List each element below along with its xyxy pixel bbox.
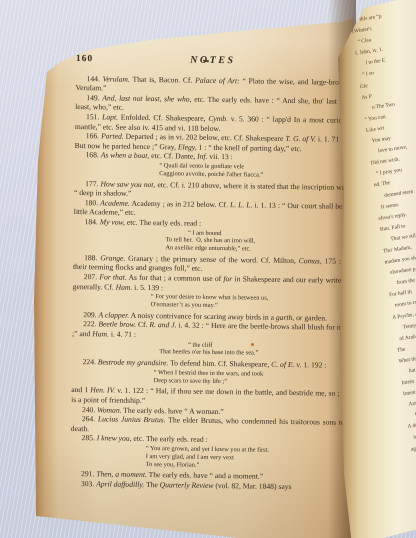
verse-quote-lines: “ Quali dal vento le gonfiate veleCaggio… [159, 162, 263, 179]
note-text: i. 5. 139 : [132, 282, 163, 291]
verse-quote: “ I am boundTo tell her. O, she has an i… [73, 227, 347, 254]
note-text: etc. The early eds. read : [131, 434, 207, 444]
page-title: NOTES [136, 55, 290, 67]
quote-line: To see you, Florian.” [146, 461, 269, 471]
note-text: i. 4. 71 : [109, 330, 136, 339]
facing-page-fragments: dils are “p(Winter's“ Cleaf. John, iv. 1… [350, 1, 416, 500]
note-text: 188. [84, 253, 100, 262]
note-text: April daffodilly. [96, 479, 144, 489]
note-text: 240. [82, 405, 97, 414]
facing-page-curl: dils are “p(Winter's“ Cleaf. John, iv. 1… [338, 0, 416, 538]
verse-quote: “ When I bestrid thee in the wars, and t… [71, 368, 345, 387]
page-header: 160 NOTES [76, 50, 350, 68]
note-text: 151. [86, 112, 102, 121]
verse-quote: “ the cliffThat beetles o'er his base in… [72, 340, 346, 359]
note-text: T. G. of V. [285, 134, 316, 143]
stain-speck [251, 343, 254, 346]
note-text: garth, [276, 313, 294, 322]
note-text: Elegy, [178, 142, 197, 151]
quote-line: That beetles o'er his base into the sea.… [159, 349, 258, 358]
quote-line: O'ermaster 't as you may.” [151, 301, 269, 310]
note-text: (vol. 82, Mar. 1848) says [213, 481, 291, 491]
note-text: And, last not least, she who, [102, 93, 191, 103]
note-text: Cymb. [208, 114, 228, 123]
note-text: 177. [85, 179, 100, 188]
note-text: Bestrode my grandsire. [98, 358, 169, 368]
note-text: v. 1. 192 : [294, 360, 326, 369]
quote-line: Deep scars to save thy life ;” [154, 377, 264, 386]
note-text: Academy ; as in 212 below. Cf. [130, 198, 230, 208]
note-text: Verulam. [103, 74, 130, 83]
note-text: Parted. [101, 132, 124, 141]
note-text: L. L. L. [230, 200, 253, 209]
page-number: 160 [76, 55, 136, 65]
note-text: I knew you, [97, 434, 132, 443]
note-text: Cf. [136, 320, 150, 329]
note-text: Lapt. [102, 112, 118, 121]
note-text: As when a boat, [101, 151, 150, 161]
note-text: Quarterly Review [160, 480, 214, 490]
note-text: Enfolded. Cf. Shakespeare, [118, 113, 208, 123]
note-text: 180. [85, 198, 100, 207]
note-text: That is, Bacon. Cf. [130, 74, 195, 84]
verse-quote-lines: “ the cliffThat beetles o'er his base in… [159, 341, 258, 358]
note-text: To defend him. Cf. Shakespeare, [168, 359, 271, 369]
verse-quote: “ You are grown, and yet I knew you at t… [70, 444, 344, 471]
note-text: etc. Cf. Dante, [149, 151, 197, 161]
note-text: 285. [82, 434, 97, 443]
notes-list: 144. Verulam. That is, Bacon. Cf. Palace… [70, 74, 350, 493]
verse-quote: “ For your desire to know what is betwee… [72, 292, 346, 311]
note-text: Academe. [100, 198, 130, 207]
verse-quote-lines: “ You are grown, and yet I knew you at t… [146, 445, 269, 470]
verse-quote-lines: “ For your desire to know what is betwee… [151, 293, 269, 310]
quote-line: Caggiono avvolte, poichè l'alber fiacca.… [159, 170, 263, 179]
verse-quote-lines: “ When I bestrid thee in the wars, and t… [154, 369, 264, 386]
note-text: 184. [85, 217, 100, 226]
note-text: The [144, 480, 160, 489]
note-text: My vow, [100, 217, 125, 226]
note-text: 149. [86, 93, 102, 102]
quote-line: An axelike edge unturnable,” etc. [165, 244, 255, 253]
note-text: R. and J. [149, 321, 176, 330]
note-text: etc. The early eds. read : [125, 218, 201, 228]
note-item: 222. Beetle brow. Cf. R. and J. i. 4. 32… [72, 319, 346, 342]
note-text: 166. [86, 131, 101, 140]
book-page: 160 NOTES 144. Verulam. That is, Bacon. … [30, 16, 358, 538]
note-text: 168. [85, 150, 100, 159]
book-photo: 160 NOTES 144. Verulam. That is, Bacon. … [0, 0, 416, 538]
note-text: Ham. [116, 282, 133, 291]
note-text: vii. 13 : [207, 152, 232, 161]
note-text: 264. [82, 414, 98, 423]
note-text: Ham. [92, 329, 109, 338]
note-text: 291. [81, 469, 96, 478]
note-text: 144. [87, 74, 103, 83]
verse-quote: “ Quali dal vento le gonfiate veleCaggio… [74, 161, 348, 180]
note-text: Inf. [197, 152, 207, 161]
note-text: or garden. [294, 313, 327, 322]
note-text: 303. [81, 479, 96, 488]
note-text: Lucius Junius Brutus. [98, 415, 166, 425]
note-item: 207. For that. As for that ; a common us… [73, 272, 347, 295]
note-text: Beetle brow. [98, 320, 136, 330]
verse-quote-lines: “ I am boundTo tell her. O, she has an i… [165, 229, 255, 254]
note-text: C. of E. [271, 360, 294, 369]
note-text: 224. [83, 357, 98, 366]
note-text: Palace of Art: [195, 75, 240, 85]
note-text: 209. [83, 310, 98, 319]
note-text: Then, a moment. [96, 470, 147, 480]
note-text: 207. [84, 272, 100, 281]
note-text: How saw you not, [100, 179, 155, 189]
note-text: For that. [99, 272, 126, 281]
note-text: As for that ; a common use of [127, 273, 224, 283]
note-text: 222. [83, 320, 98, 329]
note-text: Hen. IV. [90, 386, 115, 395]
note-text: and 1 [71, 385, 90, 394]
note-text: Woman. [97, 405, 122, 414]
note-text: Comus, [299, 256, 322, 265]
page-text-block: 160 NOTES 144. Verulam. That is, Bacon. … [70, 50, 350, 492]
note-text: A clapper. [98, 310, 129, 319]
note-text: Grange. [100, 253, 125, 262]
